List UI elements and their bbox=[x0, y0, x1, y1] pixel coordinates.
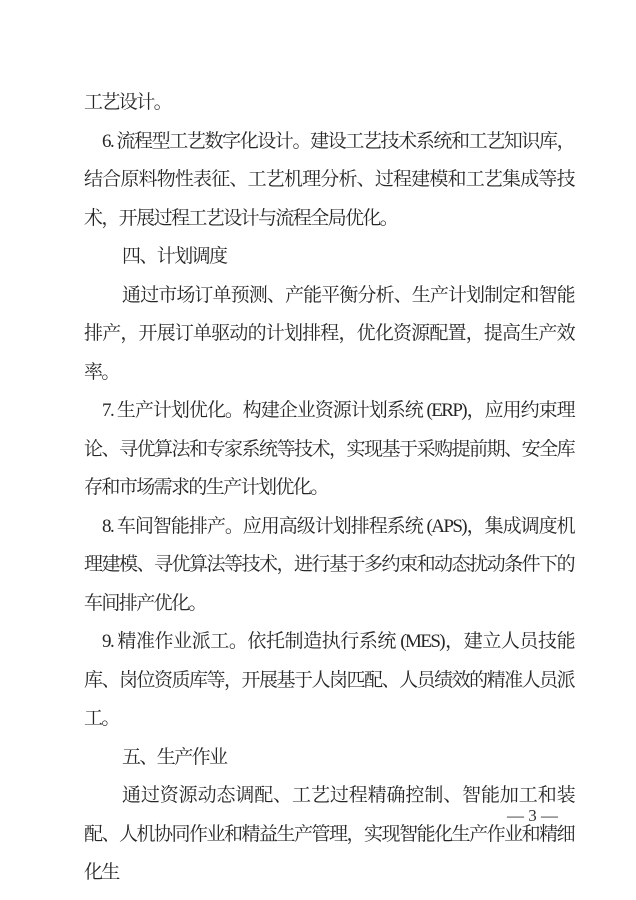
document-body: 工艺设计。 6. 流程型工艺数字化设计。建设工艺技术系统和工艺知识库，结合原料物… bbox=[84, 84, 574, 893]
paragraph-continuation: 工艺设计。 bbox=[84, 84, 574, 123]
paragraph-item-9-mes: 9. 精准作业派工。依托制造执行系统 (MES)，建立人员技能库、岗位资质库等，… bbox=[84, 623, 574, 739]
document-page: 工艺设计。 6. 流程型工艺数字化设计。建设工艺技术系统和工艺知识库，结合原料物… bbox=[0, 0, 636, 900]
paragraph-item-6-process-design: 6. 流程型工艺数字化设计。建设工艺技术系统和工艺知识库，结合原料物性表征、工艺… bbox=[84, 123, 574, 239]
paragraph-section-4-intro: 通过市场订单预测、产能平衡分析、生产计划制定和智能排产，开展订单驱动的计划排程，… bbox=[84, 277, 574, 393]
section-heading-5-production: 五、生产作业 bbox=[84, 739, 574, 778]
page-number: — 3 — bbox=[507, 806, 558, 826]
paragraph-item-8-aps: 8. 车间智能排产。应用高级计划排程系统 (APS)，集成调度机理建模、寻优算法… bbox=[84, 508, 574, 624]
section-heading-4-plan-schedule: 四、计划调度 bbox=[84, 238, 574, 277]
paragraph-section-5-intro: 通过资源动态调配、工艺过程精确控制、智能加工和装配、人机协同作业和精益生产管理，… bbox=[84, 777, 574, 893]
paragraph-item-7-erp: 7. 生产计划优化。构建企业资源计划系统 (ERP)，应用约束理论、寻优算法和专… bbox=[84, 392, 574, 508]
